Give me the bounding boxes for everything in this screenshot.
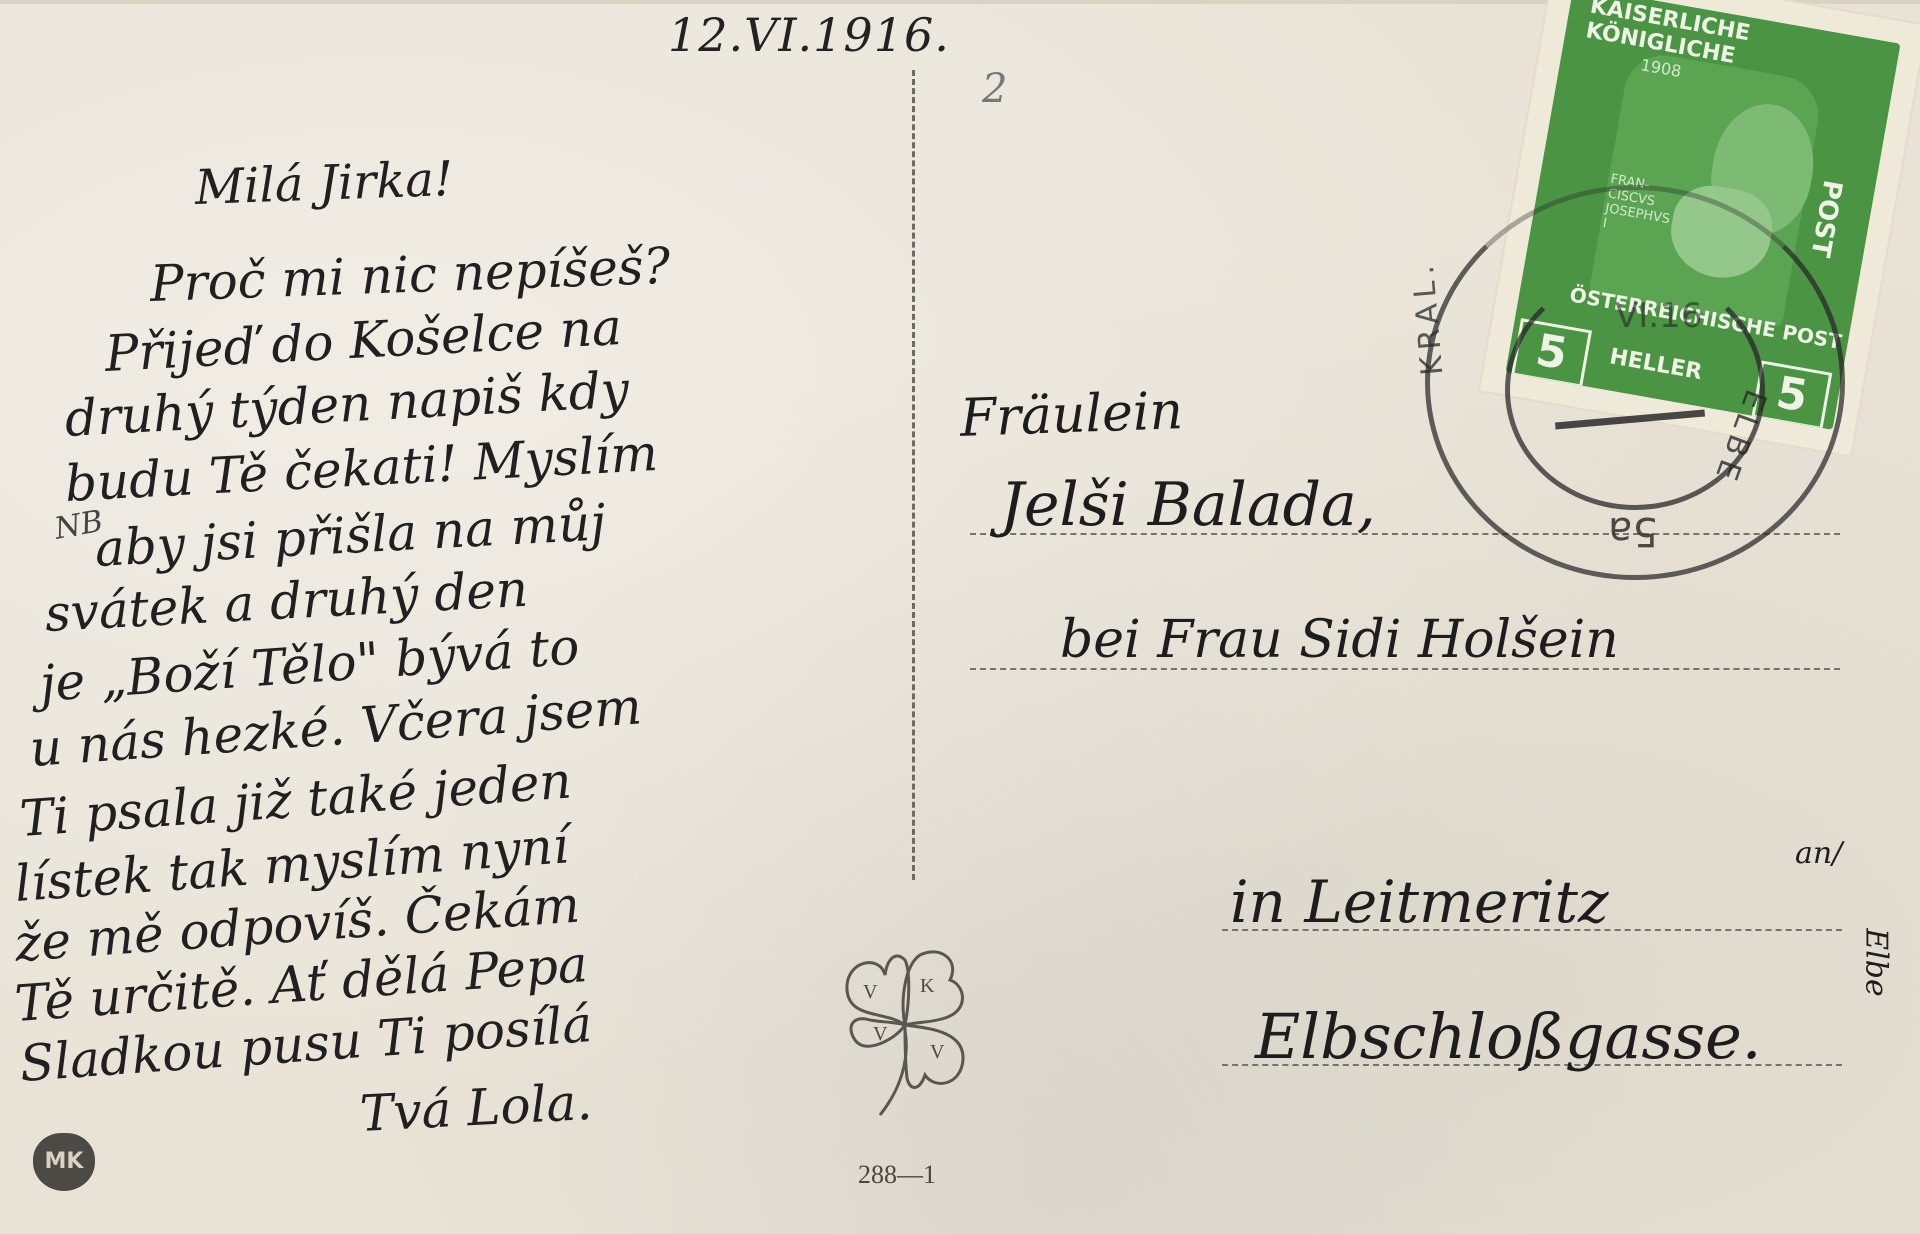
postmark-date: VI.16 [1615,296,1702,336]
clover-letter: K [920,975,935,997]
address-river: Elbe [1859,928,1894,996]
handwritten-date: 12.VI.1916. [668,8,950,62]
address-city-suffix: an/ [1795,836,1842,871]
clover-letter: V [873,1023,888,1045]
stamp-right-text: POST [1804,178,1847,260]
clover-letter: V [930,1041,945,1063]
letter-salutation: Milá Jirka! [194,151,454,216]
card-number: 288—1 [858,1160,936,1190]
address-care-of: bei Frau Sidi Holšein [1060,610,1619,670]
publisher-logo: MK [33,1133,95,1191]
postcard-back: 12.VI.1916. 2 Milá Jirka! Proč mi nic ne… [0,0,1920,1234]
postmark-town-left: KRAL. [1406,258,1451,377]
divider-line [912,70,915,880]
letter-signature: Tvá Lola. [358,1073,593,1143]
stamp-left-text: ÖSTERR [1505,101,1525,221]
pencil-annotation: 2 [982,66,1008,112]
postmark-code: 5a [1608,508,1658,554]
address-salutation: Fräulein [959,381,1184,449]
address-street: Elbschloßgasse. [1255,1000,1762,1073]
clover-logo-icon: V K V V [825,930,985,1120]
address-city: in Leitmeritz [1230,868,1609,936]
address-recipient-name: Jelši Balada, [1000,470,1376,540]
clover-letter: V [863,981,878,1003]
